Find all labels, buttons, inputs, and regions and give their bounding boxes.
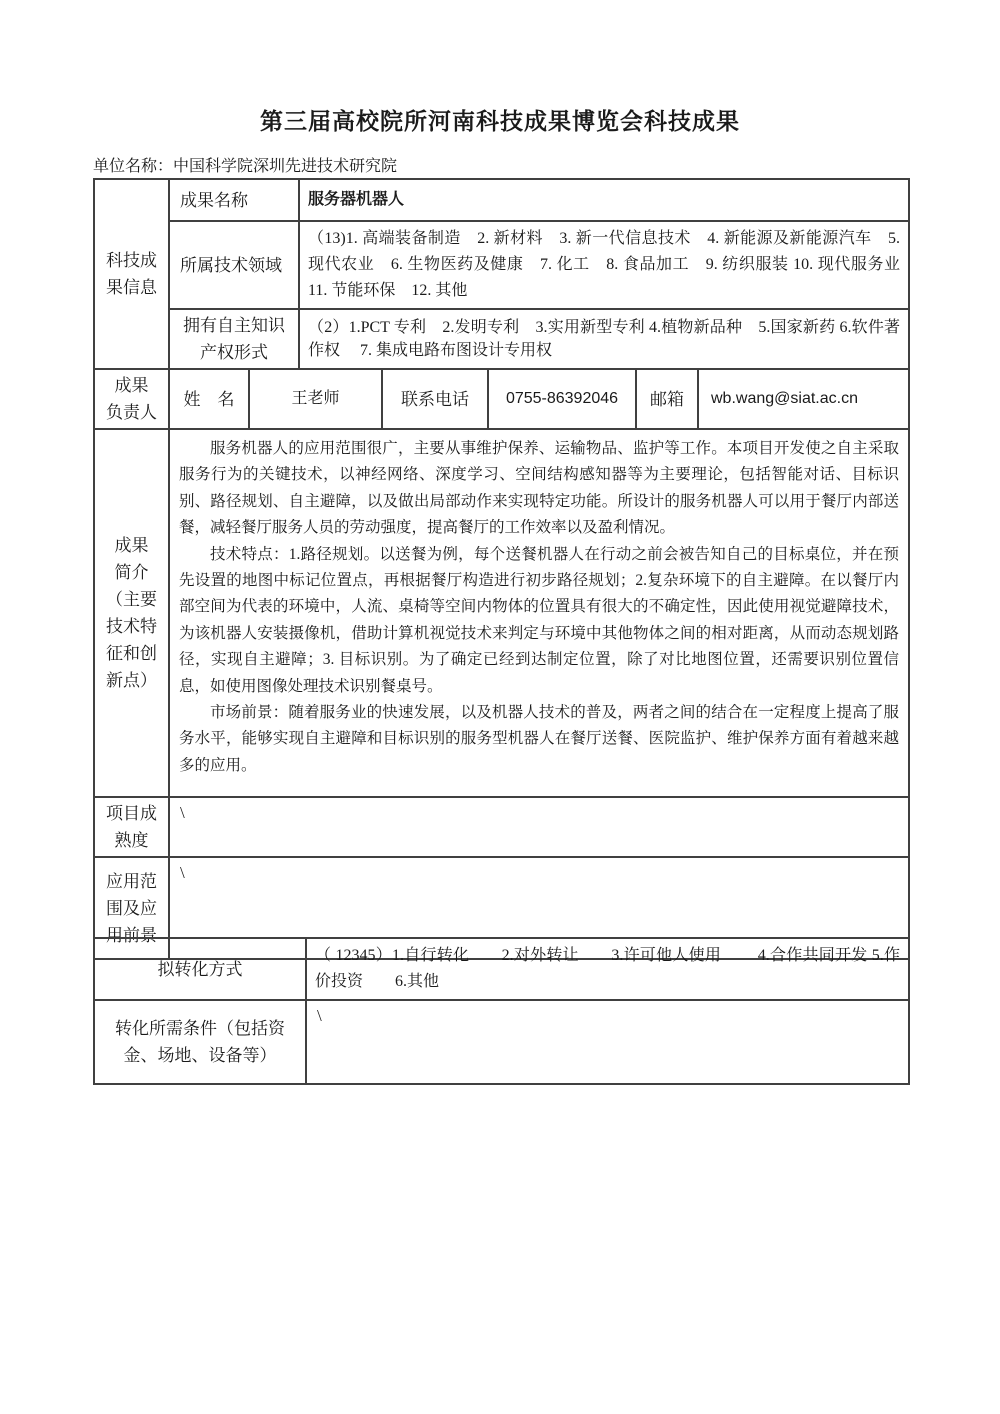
document-title: 第三届高校院所河南科技成果博览会科技成果 [0, 103, 1000, 136]
label-summary-line: 征和创 [105, 640, 158, 667]
label-summary-line: 简介 [105, 559, 158, 586]
summary-paragraph-overview: 服务机器人的应用范围很广，主要从事维护保养、运输物品、监护等工作。本项目开发使之… [179, 436, 899, 542]
value-transform-method: （ 12345）1.自行转化 2.对外转让 3.许可他人使用 4.合作共同开发 … [306, 938, 909, 1000]
label-project-maturity: 项目成 熟度 [94, 797, 169, 857]
label-maturity-line: 熟度 [105, 827, 158, 854]
value-leader-phone: 0755-86392046 [488, 369, 636, 429]
group-label-line: 果信息 [105, 274, 158, 301]
label-application-line: 应用范 [105, 868, 158, 895]
value-result-summary: 服务机器人的应用范围很广，主要从事维护保养、运输物品、监护等工作。本项目开发使之… [169, 429, 909, 797]
unit-name-line: 单位名称：中国科学院深圳先进技术研究院 [93, 153, 397, 176]
label-ip-line: 拥有自主知识 [174, 312, 294, 339]
label-leader-email: 邮箱 [636, 369, 698, 429]
achievement-info-table: 科技成 果信息 成果名称 服务器机器人 所属技术领域 （13)1. 高端装备制造… [93, 178, 910, 960]
document-page: 第三届高校院所河南科技成果博览会科技成果 单位名称：中国科学院深圳先进技术研究院… [0, 0, 1000, 1414]
label-result-summary: 成果 简介 （主要 技术特 征和创 新点） [94, 429, 169, 797]
value-leader-name: 王老师 [249, 369, 382, 429]
label-result-name: 成果名称 [169, 179, 299, 221]
label-summary-line: 成果 [105, 532, 158, 559]
label-transform-method: 拟转化方式 [94, 938, 306, 1000]
unit-name-value: 中国科学院深圳先进技术研究院 [173, 158, 397, 175]
label-leader-name: 姓 名 [169, 369, 249, 429]
label-ip-line: 产权形式 [174, 339, 294, 366]
label-leader-phone: 联系电话 [382, 369, 488, 429]
label-tech-field: 所属技术领域 [169, 221, 299, 309]
group-label-line: 成果 [105, 372, 158, 399]
summary-paragraph-market: 市场前景：随着服务业的快速发展，以及机器人技术的普及，两者之间的结合在一定程度上… [179, 700, 899, 779]
group-label-result-leader: 成果 负责人 [94, 369, 169, 429]
unit-name-label: 单位名称： [93, 158, 173, 175]
value-project-maturity: \ [169, 797, 909, 857]
group-label-line: 负责人 [105, 399, 158, 426]
value-result-name: 服务器机器人 [299, 179, 909, 221]
label-maturity-line: 项目成 [105, 800, 158, 827]
summary-paragraph-tech-features: 技术特点：1.路径规划。以送餐为例，每个送餐机器人在行动之前会被告知自己的目标桌… [179, 542, 899, 700]
label-conditions-line: 金、场地、设备等） [99, 1042, 301, 1069]
label-summary-line: 技术特 [105, 613, 158, 640]
label-summary-line: 新点） [105, 667, 158, 694]
value-leader-email: wb.wang@siat.ac.cn [698, 369, 909, 429]
group-label-line: 科技成 [105, 247, 158, 274]
label-application-line: 围及应 [105, 895, 158, 922]
value-transform-conditions: \ [306, 1000, 909, 1084]
group-label-tech-achievement-info: 科技成 果信息 [94, 179, 169, 369]
label-conditions-line: 转化所需条件（包括资 [99, 1015, 301, 1042]
value-ip-ownership: （2）1.PCT 专利 2.发明专利 3.实用新型专利 4.植物新品种 5.国家… [299, 309, 909, 369]
transformation-table: 拟转化方式 （ 12345）1.自行转化 2.对外转让 3.许可他人使用 4.合… [93, 937, 910, 1085]
value-tech-field: （13)1. 高端装备制造 2. 新材料 3. 新一代信息技术 4. 新能源及新… [299, 221, 909, 309]
label-ip-ownership: 拥有自主知识 产权形式 [169, 309, 299, 369]
label-transform-conditions: 转化所需条件（包括资 金、场地、设备等） [94, 1000, 306, 1084]
label-summary-line: （主要 [105, 586, 158, 613]
